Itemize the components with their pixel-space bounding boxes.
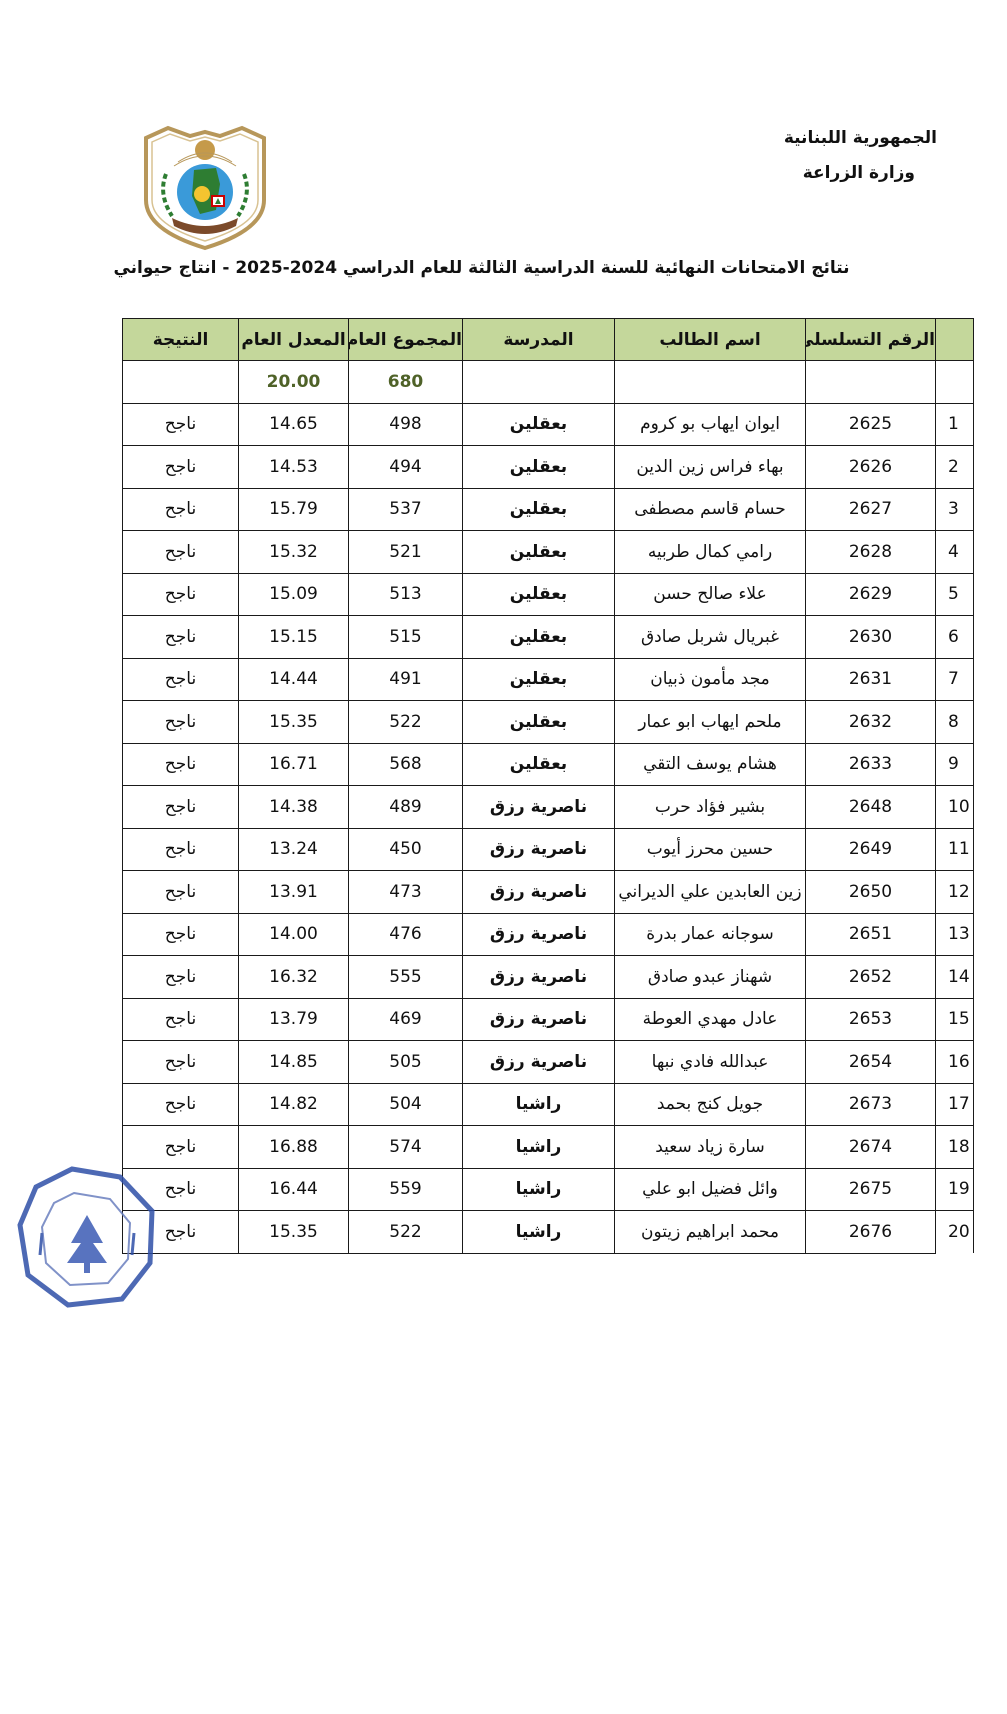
student-name-cell: بشير فؤاد حرب — [615, 786, 806, 829]
max-index-cell — [936, 361, 974, 404]
result-cell: ناجح — [123, 871, 239, 914]
serial-number-cell: 2628 — [806, 531, 936, 574]
table-row: ناجح14.53494بعقلينبهاء فراس زين الدين262… — [123, 446, 974, 489]
column-header-serial: الرقم التسلسلي — [806, 319, 936, 361]
average-cell: 15.79 — [239, 488, 349, 531]
student-name-cell: سارة زياد سعيد — [615, 1126, 806, 1169]
result-cell: ناجح — [123, 531, 239, 574]
result-cell: ناجح — [123, 701, 239, 744]
school-cell: راشيا — [463, 1168, 615, 1211]
column-header-result: النتيجة — [123, 319, 239, 361]
table-row: ناجح16.71568بعقلينهشام يوسف التقي26339 — [123, 743, 974, 786]
student-name-cell: رامي كمال طربيه — [615, 531, 806, 574]
result-cell: ناجح — [123, 616, 239, 659]
average-cell: 14.82 — [239, 1083, 349, 1126]
serial-number-cell: 2631 — [806, 658, 936, 701]
table-row: ناجح14.38489ناصرية رزقبشير فؤاد حرب26481… — [123, 786, 974, 829]
row-index-cell: 14 — [936, 956, 974, 999]
serial-number-cell: 2630 — [806, 616, 936, 659]
ministry-heading: وزارة الزراعة — [803, 163, 915, 183]
school-cell: بعقلين — [463, 531, 615, 574]
total-cell: 494 — [349, 446, 463, 489]
table-row: ناجح15.35522بعقلينملحم ايهاب ابو عمار263… — [123, 701, 974, 744]
row-index-cell: 17 — [936, 1083, 974, 1126]
student-name-cell: حسام قاسم مصطفى — [615, 488, 806, 531]
total-cell: 521 — [349, 531, 463, 574]
row-index-cell: 12 — [936, 871, 974, 914]
results-table: النتيجة المعدل العام المجموع العام المدر… — [122, 318, 974, 1254]
school-cell: بعقلين — [463, 658, 615, 701]
school-cell: بعقلين — [463, 743, 615, 786]
school-cell: ناصرية رزق — [463, 871, 615, 914]
result-cell: ناجح — [123, 913, 239, 956]
student-name-cell: مجد مأمون ذبيان — [615, 658, 806, 701]
table-row: ناجح13.24450ناصرية رزقحسين محرز أيوب2649… — [123, 828, 974, 871]
student-name-cell: زين العابدين علي الديراني — [615, 871, 806, 914]
serial-number-cell: 2632 — [806, 701, 936, 744]
total-cell: 537 — [349, 488, 463, 531]
official-stamp-icon — [12, 1163, 162, 1313]
max-total: 680 — [349, 361, 463, 404]
table-row: ناجح15.15515بعقلينغبريال شربل صادق26306 — [123, 616, 974, 659]
average-cell: 15.15 — [239, 616, 349, 659]
student-name-cell: ايوان ايهاب بو كروم — [615, 403, 806, 446]
school-cell: ناصرية رزق — [463, 828, 615, 871]
average-cell: 13.79 — [239, 998, 349, 1041]
total-cell: 476 — [349, 913, 463, 956]
ministry-emblem-icon — [138, 122, 272, 252]
serial-number-cell: 2648 — [806, 786, 936, 829]
average-cell: 16.44 — [239, 1168, 349, 1211]
school-cell: بعقلين — [463, 446, 615, 489]
row-index-cell: 9 — [936, 743, 974, 786]
student-name-cell: عادل مهدي العوطة — [615, 998, 806, 1041]
school-cell: بعقلين — [463, 616, 615, 659]
table-row: ناجح15.09513بعقلينعلاء صالح حسن26295 — [123, 573, 974, 616]
row-index-cell: 7 — [936, 658, 974, 701]
row-index-cell: 18 — [936, 1126, 974, 1169]
row-index-cell: 2 — [936, 446, 974, 489]
column-header-total: المجموع العام — [349, 319, 463, 361]
result-cell: ناجح — [123, 998, 239, 1041]
serial-number-cell: 2625 — [806, 403, 936, 446]
table-row: ناجح14.85505ناصرية رزقعبدالله فادي نبها2… — [123, 1041, 974, 1084]
result-cell: ناجح — [123, 743, 239, 786]
school-cell: بعقلين — [463, 573, 615, 616]
table-row: ناجح14.82504راشياجويل كنج بحمد267317 — [123, 1083, 974, 1126]
total-cell: 505 — [349, 1041, 463, 1084]
total-cell: 504 — [349, 1083, 463, 1126]
column-header-index — [936, 319, 974, 361]
average-cell: 16.71 — [239, 743, 349, 786]
result-cell: ناجح — [123, 573, 239, 616]
student-name-cell: حسين محرز أيوب — [615, 828, 806, 871]
row-index-cell: 13 — [936, 913, 974, 956]
average-cell: 15.32 — [239, 531, 349, 574]
total-cell: 498 — [349, 403, 463, 446]
serial-number-cell: 2673 — [806, 1083, 936, 1126]
row-index-cell: 8 — [936, 701, 974, 744]
total-cell: 450 — [349, 828, 463, 871]
student-name-cell: جويل كنج بحمد — [615, 1083, 806, 1126]
serial-number-cell: 2649 — [806, 828, 936, 871]
student-name-cell: هشام يوسف التقي — [615, 743, 806, 786]
max-score-row: 20.00 680 — [123, 361, 974, 404]
result-cell: ناجح — [123, 1041, 239, 1084]
school-cell: راشيا — [463, 1211, 615, 1254]
school-cell: راشيا — [463, 1083, 615, 1126]
result-cell: ناجح — [123, 1083, 239, 1126]
school-cell: بعقلين — [463, 403, 615, 446]
column-header-name: اسم الطالب — [615, 319, 806, 361]
table-row: ناجح14.65498بعقلينايوان ايهاب بو كروم262… — [123, 403, 974, 446]
school-cell: راشيا — [463, 1126, 615, 1169]
student-name-cell: بهاء فراس زين الدين — [615, 446, 806, 489]
student-name-cell: محمد ابراهيم زيتون — [615, 1211, 806, 1254]
table-row: ناجح16.88574راشياسارة زياد سعيد267418 — [123, 1126, 974, 1169]
result-cell: ناجح — [123, 488, 239, 531]
table-row: ناجح14.44491بعقلينمجد مأمون ذبيان26317 — [123, 658, 974, 701]
student-name-cell: سوجانه عمار بدرة — [615, 913, 806, 956]
average-cell: 16.32 — [239, 956, 349, 999]
average-cell: 15.09 — [239, 573, 349, 616]
average-cell: 14.53 — [239, 446, 349, 489]
table-row: ناجح14.00476ناصرية رزقسوجانه عمار بدرة26… — [123, 913, 974, 956]
school-cell: ناصرية رزق — [463, 786, 615, 829]
serial-number-cell: 2654 — [806, 1041, 936, 1084]
average-cell: 14.65 — [239, 403, 349, 446]
table-row: ناجح13.91473ناصرية رزقزين العابدين علي ا… — [123, 871, 974, 914]
row-index-cell: 16 — [936, 1041, 974, 1084]
average-cell: 13.24 — [239, 828, 349, 871]
average-cell: 14.44 — [239, 658, 349, 701]
school-cell: ناصرية رزق — [463, 913, 615, 956]
school-cell: بعقلين — [463, 488, 615, 531]
student-name-cell: ملحم ايهاب ابو عمار — [615, 701, 806, 744]
average-cell: 13.91 — [239, 871, 349, 914]
average-cell: 16.88 — [239, 1126, 349, 1169]
table-row: ناجح13.79469ناصرية رزقعادل مهدي العوطة26… — [123, 998, 974, 1041]
total-cell: 555 — [349, 956, 463, 999]
row-index-cell: 19 — [936, 1168, 974, 1211]
average-cell: 14.85 — [239, 1041, 349, 1084]
max-result-cell — [123, 361, 239, 404]
school-cell: ناصرية رزق — [463, 956, 615, 999]
max-name-cell — [615, 361, 806, 404]
total-cell: 574 — [349, 1126, 463, 1169]
serial-number-cell: 2653 — [806, 998, 936, 1041]
row-index-cell: 4 — [936, 531, 974, 574]
table-row: ناجح16.32555ناصرية رزقشهناز عبدو صادق265… — [123, 956, 974, 999]
serial-number-cell: 2651 — [806, 913, 936, 956]
serial-number-cell: 2676 — [806, 1211, 936, 1254]
column-header-average: المعدل العام — [239, 319, 349, 361]
total-cell: 491 — [349, 658, 463, 701]
result-cell: ناجح — [123, 828, 239, 871]
table-row: ناجح15.79537بعقلينحسام قاسم مصطفى26273 — [123, 488, 974, 531]
student-name-cell: عبدالله فادي نبها — [615, 1041, 806, 1084]
row-index-cell: 10 — [936, 786, 974, 829]
result-cell: ناجح — [123, 446, 239, 489]
serial-number-cell: 2650 — [806, 871, 936, 914]
table-row: ناجح15.32521بعقلينرامي كمال طربيه26284 — [123, 531, 974, 574]
max-school-cell — [463, 361, 615, 404]
serial-number-cell: 2674 — [806, 1126, 936, 1169]
total-cell: 522 — [349, 701, 463, 744]
row-index-cell: 1 — [936, 403, 974, 446]
row-index-cell: 15 — [936, 998, 974, 1041]
student-name-cell: وائل فضيل ابو علي — [615, 1168, 806, 1211]
max-average: 20.00 — [239, 361, 349, 404]
total-cell: 515 — [349, 616, 463, 659]
total-cell: 568 — [349, 743, 463, 786]
max-serial-cell — [806, 361, 936, 404]
serial-number-cell: 2675 — [806, 1168, 936, 1211]
table-header-row: النتيجة المعدل العام المجموع العام المدر… — [123, 319, 974, 361]
column-header-school: المدرسة — [463, 319, 615, 361]
total-cell: 522 — [349, 1211, 463, 1254]
average-cell: 14.38 — [239, 786, 349, 829]
result-cell: ناجح — [123, 658, 239, 701]
row-index-cell: 6 — [936, 616, 974, 659]
result-cell: ناجح — [123, 403, 239, 446]
row-index-cell: 11 — [936, 828, 974, 871]
serial-number-cell: 2626 — [806, 446, 936, 489]
result-cell: ناجح — [123, 1126, 239, 1169]
total-cell: 489 — [349, 786, 463, 829]
republic-heading: الجمهورية اللبنانية — [784, 128, 937, 148]
row-index-cell: 3 — [936, 488, 974, 531]
serial-number-cell: 2627 — [806, 488, 936, 531]
school-cell: ناصرية رزق — [463, 998, 615, 1041]
average-cell: 14.00 — [239, 913, 349, 956]
average-cell: 15.35 — [239, 1211, 349, 1254]
student-name-cell: غبريال شربل صادق — [615, 616, 806, 659]
serial-number-cell: 2629 — [806, 573, 936, 616]
serial-number-cell: 2652 — [806, 956, 936, 999]
serial-number-cell: 2633 — [806, 743, 936, 786]
result-cell: ناجح — [123, 786, 239, 829]
table-row: ناجح15.35522راشيامحمد ابراهيم زيتون26762… — [123, 1211, 974, 1254]
student-name-cell: شهناز عبدو صادق — [615, 956, 806, 999]
row-index-cell: 5 — [936, 573, 974, 616]
result-cell: ناجح — [123, 956, 239, 999]
total-cell: 513 — [349, 573, 463, 616]
total-cell: 473 — [349, 871, 463, 914]
school-cell: بعقلين — [463, 701, 615, 744]
student-name-cell: علاء صالح حسن — [615, 573, 806, 616]
school-cell: ناصرية رزق — [463, 1041, 615, 1084]
document-title: نتائج الامتحانات النهائية للسنة الدراسية… — [0, 258, 1007, 278]
average-cell: 15.35 — [239, 701, 349, 744]
table-row: ناجح16.44559راشياوائل فضيل ابو علي267519 — [123, 1168, 974, 1211]
row-index-cell: 20 — [936, 1211, 974, 1254]
total-cell: 559 — [349, 1168, 463, 1211]
total-cell: 469 — [349, 998, 463, 1041]
